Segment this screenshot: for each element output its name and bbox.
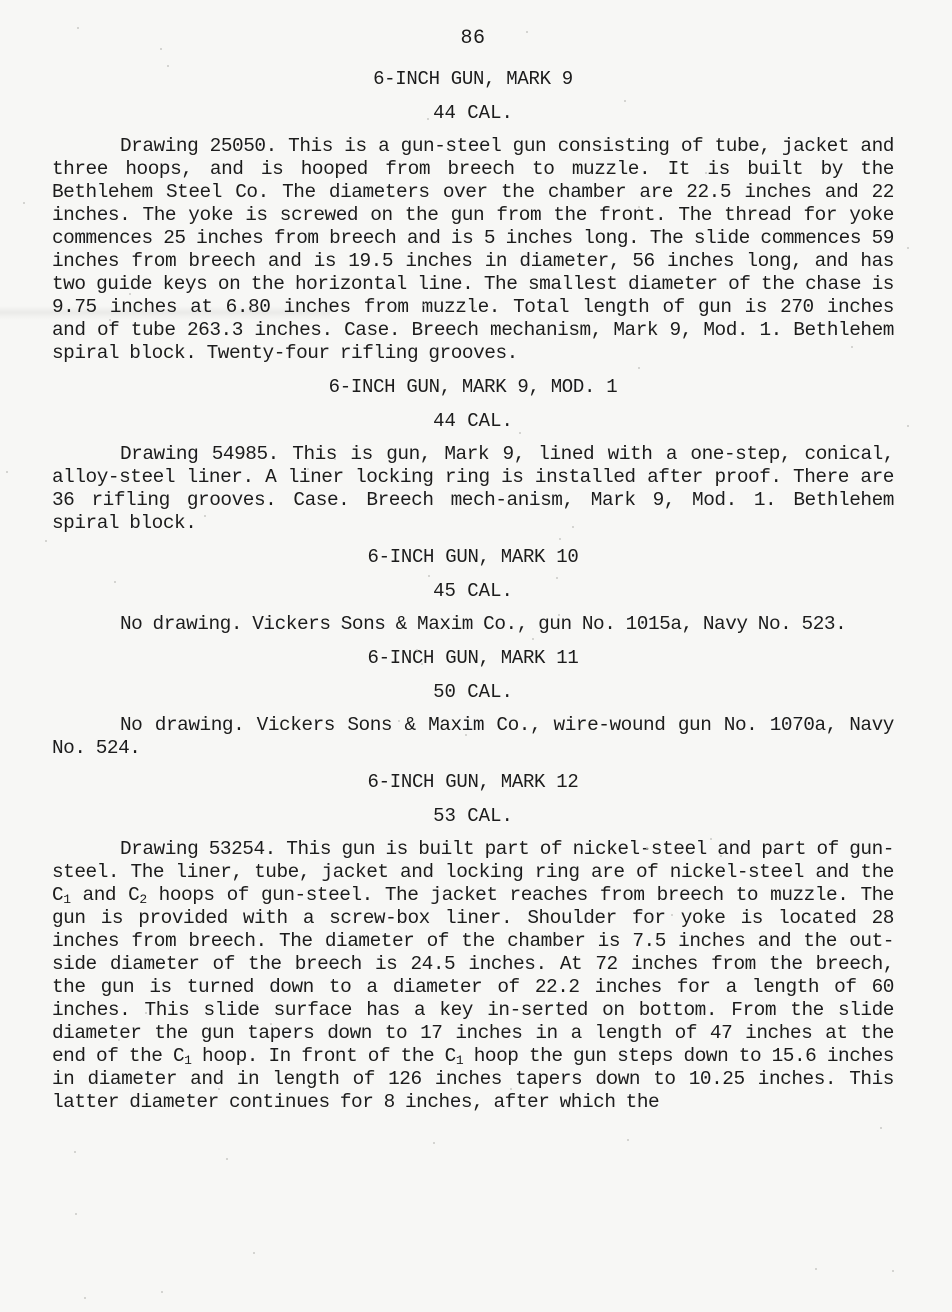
paper-speck — [45, 540, 47, 542]
paper-speck — [556, 577, 558, 579]
paper-speck — [416, 649, 418, 651]
paper-speck — [427, 118, 429, 120]
section-heading: 6-INCH GUN, MARK 10 — [52, 546, 894, 569]
paper-speck — [851, 346, 853, 348]
paper-speck — [160, 48, 162, 50]
paper-speck — [74, 1151, 76, 1153]
paper-speck — [627, 1139, 629, 1141]
paper-speck — [907, 247, 909, 249]
paper-speck — [250, 310, 252, 312]
paper-speck — [519, 432, 521, 434]
paper-speck — [253, 1252, 255, 1254]
page-number: 86 — [52, 26, 894, 52]
caliber-label: 44 CAL. — [52, 410, 894, 433]
caliber-label: 44 CAL. — [52, 102, 894, 125]
paper-speck — [218, 1088, 220, 1090]
paper-speck — [646, 847, 648, 849]
section-heading: 6-INCH GUN, MARK 9, MOD. 1 — [52, 376, 894, 399]
paper-speck — [473, 307, 475, 309]
paper-speck — [465, 734, 467, 736]
section-paragraph: Drawing 53254. This gun is built part of… — [52, 838, 894, 1114]
section-heading: 6-INCH GUN, MARK 12 — [52, 771, 894, 794]
section-mark-9: 6-INCH GUN, MARK 9 44 CAL. Drawing 25050… — [52, 68, 894, 365]
section-paragraph: No drawing. Vickers Sons & Maxim Co., gu… — [52, 613, 894, 636]
paper-speck — [671, 914, 673, 916]
paper-speck — [423, 304, 425, 306]
paper-speck — [892, 1270, 894, 1272]
paper-speck — [428, 575, 430, 577]
paper-speck — [510, 1088, 512, 1090]
paper-speck — [114, 581, 116, 583]
subscript: 1 — [63, 892, 70, 907]
paper-speck — [270, 1023, 272, 1025]
subscript: 2 — [139, 892, 146, 907]
paper-speck — [75, 1213, 77, 1215]
section-mark-12: 6-INCH GUN, MARK 12 53 CAL. Drawing 5325… — [52, 771, 894, 1114]
paper-speck — [129, 293, 131, 295]
paper-speck — [638, 206, 640, 208]
paper-speck — [705, 172, 707, 174]
paper-speck — [558, 614, 560, 616]
paper-speck — [624, 100, 626, 102]
paper-speck — [638, 367, 640, 369]
paper-speck — [880, 1127, 882, 1129]
section-mark-9-mod-1: 6-INCH GUN, MARK 9, MOD. 1 44 CAL. Drawi… — [52, 376, 894, 535]
paper-speck — [801, 190, 803, 192]
paper-speck — [307, 468, 309, 470]
section-paragraph: No drawing. Vickers Sons & Maxim Co., wi… — [52, 714, 894, 760]
paper-speck — [204, 515, 206, 517]
paper-speck — [23, 202, 25, 204]
paper-speck — [256, 1004, 258, 1006]
paper-speck — [447, 309, 449, 311]
paper-speck — [77, 27, 79, 29]
section-paragraph: Drawing 54985. This is gun, Mark 9, line… — [52, 443, 894, 535]
section-heading: 6-INCH GUN, MARK 11 — [52, 647, 894, 670]
paper-speck — [145, 1012, 147, 1014]
paper-speck — [398, 720, 400, 722]
subscript: 1 — [184, 1053, 191, 1068]
paper-speck — [84, 1297, 86, 1299]
paper-speck — [720, 855, 722, 857]
paper-speck — [6, 471, 8, 473]
caliber-label: 45 CAL. — [52, 580, 894, 603]
section-mark-11: 6-INCH GUN, MARK 11 50 CAL. No drawing. … — [52, 647, 894, 760]
paper-speck — [526, 31, 528, 33]
section-heading: 6-INCH GUN, MARK 9 — [52, 68, 894, 91]
paper-speck — [334, 458, 336, 460]
paper-speck — [710, 838, 712, 840]
paper-speck — [651, 965, 653, 967]
paper-speck — [907, 425, 909, 427]
paper-speck — [118, 1039, 120, 1041]
paper-speck — [416, 1098, 418, 1100]
paper-speck — [109, 319, 111, 321]
section-mark-10: 6-INCH GUN, MARK 10 45 CAL. No drawing. … — [52, 546, 894, 636]
paper-speck — [167, 65, 169, 67]
paper-speck — [815, 1268, 817, 1270]
paper-speck — [421, 663, 423, 665]
document-page: 86 6-INCH GUN, MARK 9 44 CAL. Drawing 25… — [52, 26, 894, 1125]
paper-speck — [559, 538, 561, 540]
paper-speck — [161, 1291, 163, 1293]
paper-speck — [532, 638, 534, 640]
paper-speck — [572, 526, 574, 528]
paper-speck — [433, 1142, 435, 1144]
section-paragraph: Drawing 25050. This is a gun-steel gun c… — [52, 135, 894, 365]
caliber-label: 53 CAL. — [52, 805, 894, 828]
paper-speck — [226, 1158, 228, 1160]
caliber-label: 50 CAL. — [52, 681, 894, 704]
